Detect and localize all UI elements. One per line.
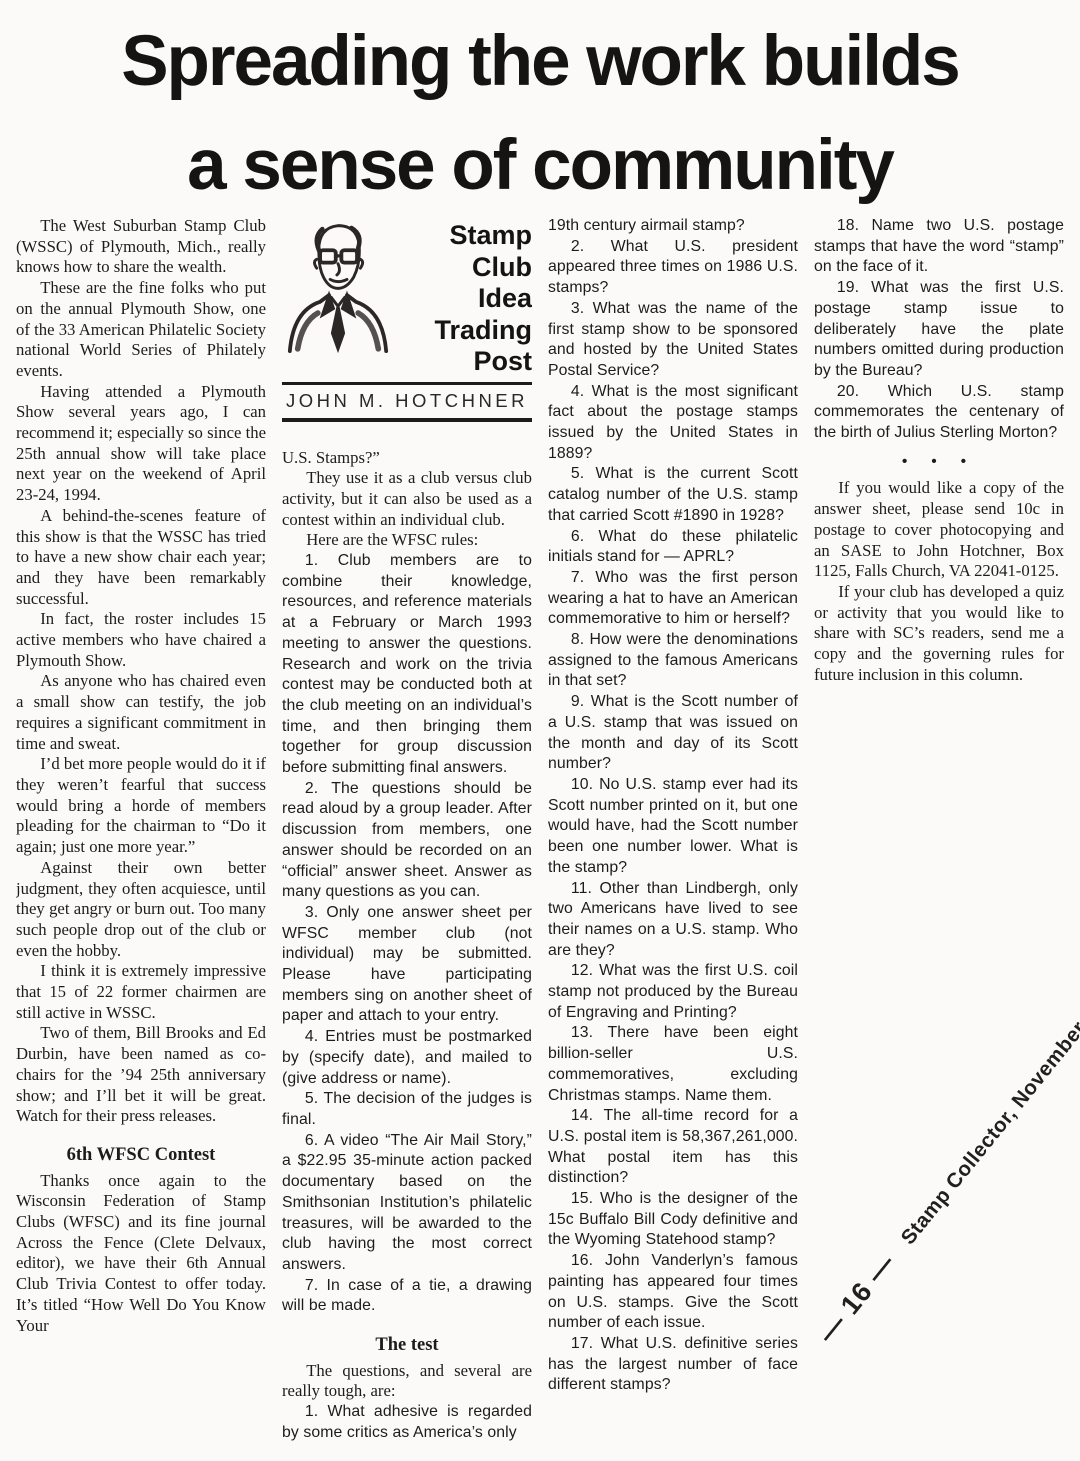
column-3: 19th century airmail stamp?2. What U.S. …: [548, 216, 798, 1456]
headline-line-1: Spreading the work builds: [0, 10, 1080, 114]
column-2: Stamp Club Idea Trading Post JOHN M. HOT…: [282, 216, 532, 1456]
masthead-title-line: Trading: [394, 315, 532, 347]
column-masthead: Stamp Club Idea Trading Post JOHN M. HOT…: [282, 216, 532, 422]
article-paragraph: 19th century airmail stamp?: [548, 216, 798, 237]
article-paragraph: 8. How were the denominations assigned t…: [548, 630, 798, 692]
article-paragraph: 14. The all-time record for a U.S. posta…: [548, 1106, 798, 1189]
article-paragraph: 6. A video “The Air Mail Story,” a $22.9…: [282, 1131, 532, 1276]
article-paragraph: 3. What was the name of the first stamp …: [548, 299, 798, 382]
article-paragraph: 2. What U.S. president appeared three ti…: [548, 237, 798, 299]
columnist-byline: JOHN M. HOTCHNER: [282, 388, 532, 415]
article-paragraph: The West Suburban Stamp Club (WSSC) of P…: [16, 216, 266, 278]
byline-rule-bottom: [282, 418, 532, 422]
article-paragraph: 3. Only one answer sheet per WFSC member…: [282, 903, 532, 1027]
article-paragraph: 20. Which U.S. stamp commemorates the ce…: [814, 382, 1064, 444]
article-paragraph: 1. Club members are to combine their kno…: [282, 551, 532, 779]
article-paragraph: I think it is extremely impressive that …: [16, 961, 266, 1023]
article-paragraph: 17. What U.S. definitive series has the …: [548, 1334, 798, 1396]
article-paragraph: Thanks once again to the Wisconsin Feder…: [16, 1171, 266, 1337]
article-paragraph: 13. There have been eight billion-seller…: [548, 1023, 798, 1106]
article-paragraph: 15. Who is the designer of the 15c Buffa…: [548, 1189, 798, 1251]
column-1: The West Suburban Stamp Club (WSSC) of P…: [16, 216, 266, 1456]
section-heading: The test: [282, 1335, 532, 1356]
article-paragraph: 4. Entries must be postmarked by (specif…: [282, 1027, 532, 1089]
article-paragraph: These are the fine folks who put on the …: [16, 278, 266, 382]
article-paragraph: 9. What is the Scott number of a U.S. st…: [548, 692, 798, 775]
article-paragraph: 12. What was the first U.S. coil stamp n…: [548, 961, 798, 1023]
columnist-portrait-icon: [282, 216, 394, 354]
article-paragraph: 1. What adhesive is regarded by some cri…: [282, 1402, 532, 1443]
byline-box: JOHN M. HOTCHNER: [282, 382, 532, 422]
byline-rule-top: [282, 382, 532, 385]
article-paragraph: The questions, and several are really to…: [282, 1361, 532, 1402]
article-paragraph: 16. John Vanderlyn’s famous painting has…: [548, 1251, 798, 1334]
article-paragraph: 18. Name two U.S. postage stamps that ha…: [814, 216, 1064, 278]
article-paragraph: A behind-the-scenes feature of this show…: [16, 506, 266, 610]
section-divider-dots: • • •: [814, 452, 1064, 473]
article-paragraph: Here are the WFSC rules:: [282, 530, 532, 551]
article-paragraph: 5. What is the current Scott catalog num…: [548, 464, 798, 526]
article-paragraph: If you would like a copy of the answer s…: [814, 478, 1064, 582]
column-4: 18. Name two U.S. postage stamps that ha…: [814, 216, 1064, 1456]
article-headline: Spreading the work builds a sense of com…: [0, 10, 1080, 218]
article-paragraph: 11. Other than Lindbergh, only two Ameri…: [548, 879, 798, 962]
article-paragraph: 7. Who was the first person wearing a ha…: [548, 568, 798, 630]
masthead-title-line: Stamp Club: [394, 220, 532, 283]
article-paragraph: U.S. Stamps?”: [282, 448, 532, 469]
masthead-title-line: Post: [394, 346, 532, 378]
masthead-top: Stamp Club Idea Trading Post: [282, 216, 532, 378]
article-paragraph: 7. In case of a tie, a drawing will be m…: [282, 1276, 532, 1317]
article-paragraph: Two of them, Bill Brooks and Ed Durbin, …: [16, 1023, 266, 1127]
article-paragraph: Against their own better judgment, they …: [16, 858, 266, 962]
article-paragraph: 5. The decision of the judges is final.: [282, 1089, 532, 1130]
headline-line-2: a sense of community: [0, 114, 1080, 218]
article-paragraph: I’d bet more people would do it if they …: [16, 754, 266, 858]
section-heading: 6th WFSC Contest: [16, 1145, 266, 1166]
masthead-title-line: Idea: [394, 283, 532, 315]
article-paragraph: They use it as a club versus club activi…: [282, 468, 532, 530]
article-paragraph: In fact, the roster includes 15 active m…: [16, 609, 266, 671]
column-2-text: U.S. Stamps?”They use it as a club versu…: [282, 448, 532, 1444]
article-paragraph: Having attended a Plymouth Show several …: [16, 382, 266, 506]
masthead-title: Stamp Club Idea Trading Post: [394, 216, 532, 378]
article-paragraph: As anyone who has chaired even a small s…: [16, 671, 266, 754]
newspaper-page: Spreading the work builds a sense of com…: [0, 0, 1080, 1461]
article-paragraph: If your club has developed a quiz or act…: [814, 582, 1064, 686]
article-paragraph: 10. No U.S. stamp ever had its Scott num…: [548, 775, 798, 879]
article-paragraph: 4. What is the most significant fact abo…: [548, 382, 798, 465]
article-paragraph: 19. What was the first U.S. postage stam…: [814, 278, 1064, 382]
article-paragraph: 2. The questions should be read aloud by…: [282, 779, 532, 903]
article-columns: The West Suburban Stamp Club (WSSC) of P…: [16, 216, 1064, 1456]
article-paragraph: 6. What do these philatelic initials sta…: [548, 527, 798, 568]
